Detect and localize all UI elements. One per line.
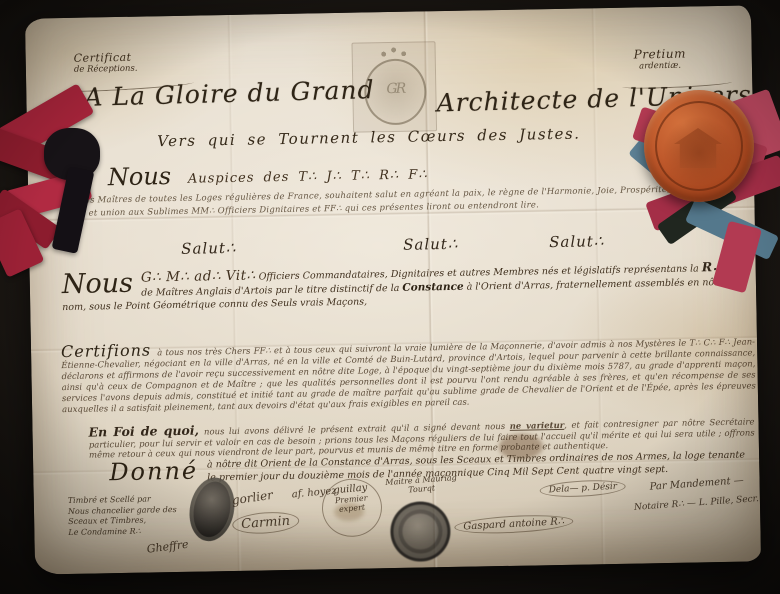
certification-paragraph: Certifionsà tous nos très Chers FF∴ et à… bbox=[61, 333, 756, 416]
signature-delatre: Dela— p. Désir bbox=[539, 478, 626, 499]
signature-gaspard: Gaspard antoine R∴ bbox=[454, 513, 574, 536]
stamp-monogram: GR bbox=[366, 80, 424, 97]
chancellery-block: Timbré et Scellé par Nous chancelier gar… bbox=[68, 494, 177, 538]
attestation-initial: En Foi de quoi, bbox=[88, 423, 199, 440]
signature-guillay: guillay Premier expert bbox=[320, 476, 385, 539]
lodge-round-ink-stamp-icon bbox=[390, 501, 451, 562]
signature-gorlier: gorlier bbox=[231, 488, 274, 508]
issuance-initial: Donné bbox=[109, 459, 198, 485]
ne-varietur: ne varietur bbox=[510, 421, 565, 432]
salut-1: Salut∴ bbox=[181, 239, 237, 258]
orange-wax-seal-icon bbox=[644, 90, 754, 202]
certification-body: à tous nos très Chers FF∴ et à tous ceux… bbox=[61, 337, 756, 415]
corner-note-left-line1: Certificat bbox=[74, 51, 138, 65]
signature-center-cluster: Maitre à Mauriag Tourqt bbox=[385, 473, 458, 496]
signature-notaire: Notaire R∴ — L. Pille, Secr. bbox=[634, 494, 759, 513]
constitution-lodge-name: Constance bbox=[402, 280, 463, 293]
salut-2: Salut∴ bbox=[403, 235, 459, 254]
salut-3: Salut∴ bbox=[549, 232, 605, 251]
signature-gheffre: Gheffre bbox=[146, 538, 189, 556]
certification-initial: Certifions bbox=[61, 340, 151, 361]
greeting-opening: Auspices des T∴ J∴ T∴ R∴ F∴ bbox=[188, 167, 428, 186]
corner-note-right-line1: Pretium bbox=[634, 47, 686, 62]
photo-background: Certificat de Réceptions. Pretium ardent… bbox=[0, 0, 780, 594]
crown-icon bbox=[379, 45, 409, 60]
red-black-ribbon-rosette bbox=[0, 86, 130, 264]
corner-note-left-line2: de Réceptions. bbox=[74, 64, 138, 75]
title-subtitle: Vers qui se Tournent les Cœurs des Juste… bbox=[157, 125, 581, 151]
wax-seal-assembly bbox=[628, 68, 780, 268]
chancellery-line4: Le Condamine R∴ bbox=[68, 525, 177, 537]
signature-mandement: Par Mandement — bbox=[649, 475, 744, 493]
constitution-lead: G∴ M∴ ad∴ Vit∴ bbox=[141, 268, 256, 286]
signature-carmin: Carmin bbox=[232, 510, 300, 536]
constitution-initial: Nous bbox=[62, 271, 134, 298]
corner-note-left: Certificat de Réceptions. bbox=[74, 51, 138, 75]
